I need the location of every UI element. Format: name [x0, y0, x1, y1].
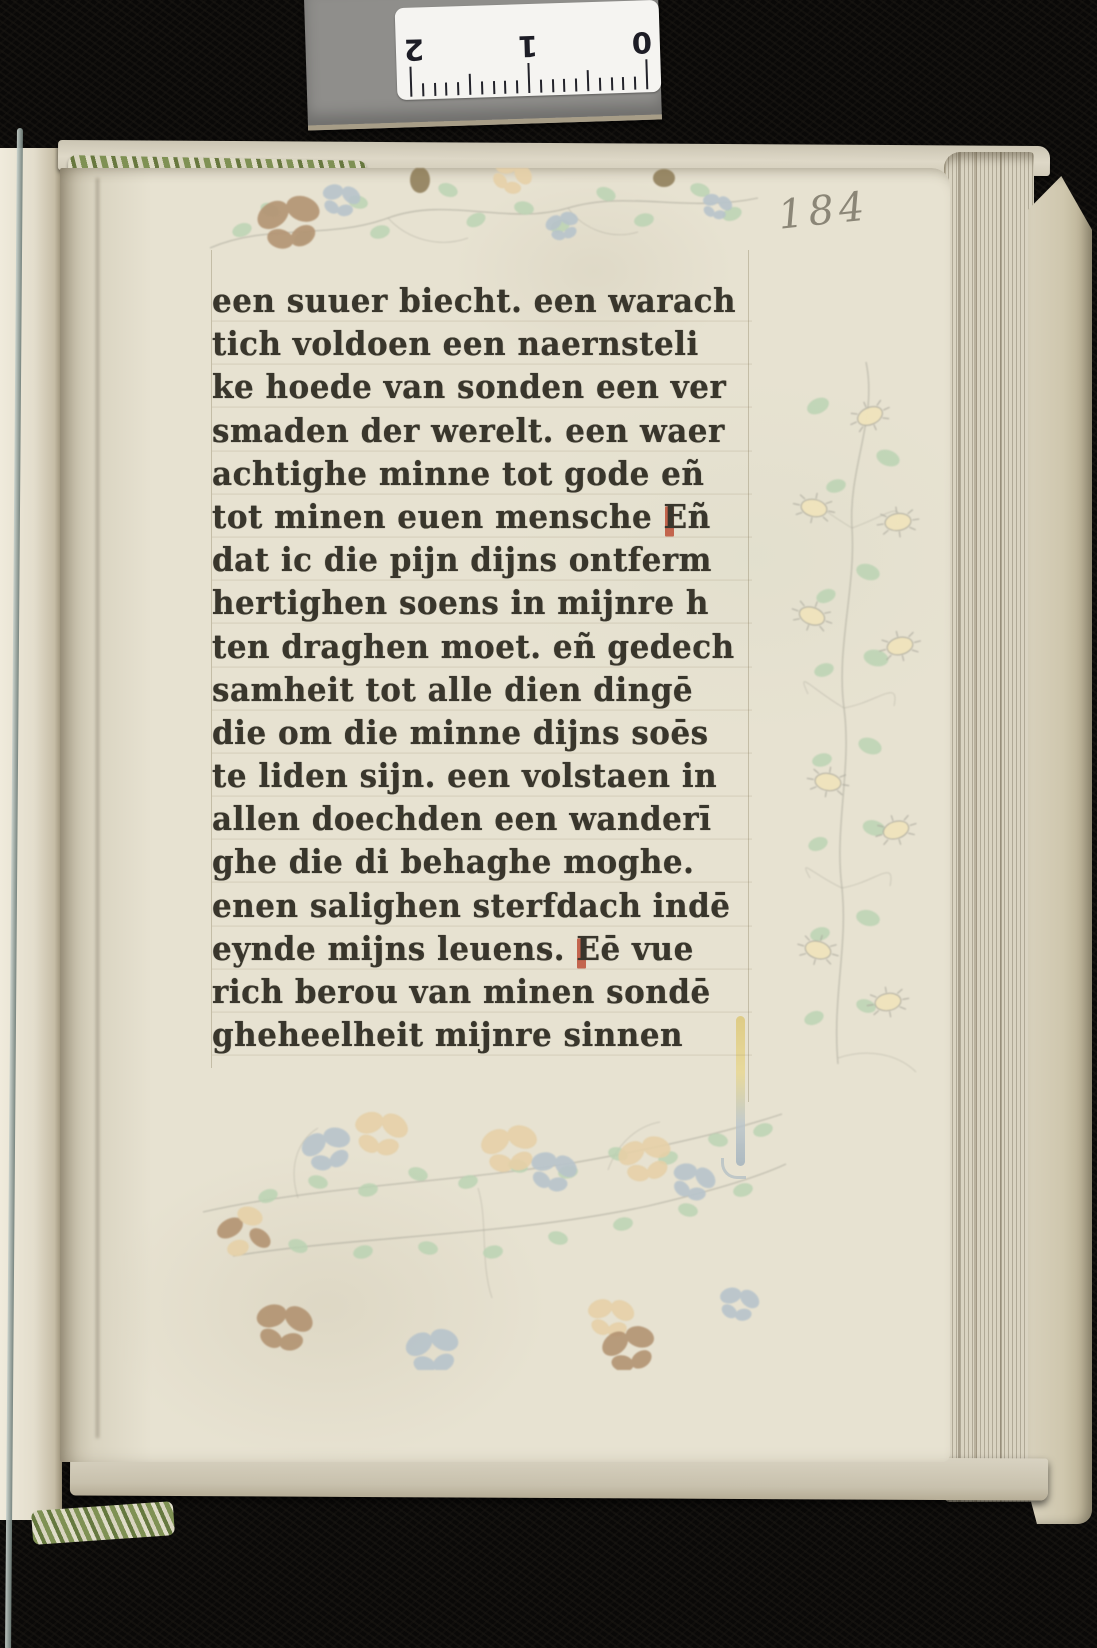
ruler-tick — [504, 81, 506, 94]
ruler-tick — [445, 83, 447, 96]
ruler-tick — [527, 63, 530, 93]
gutter-crease — [96, 178, 99, 1438]
manuscript-line: allen doechden een wanderī — [212, 798, 752, 843]
ruler-tick — [645, 59, 648, 89]
fore-edge-page-stack — [944, 152, 1034, 1502]
manuscript-photo: 0 1 2 — [0, 0, 1097, 1648]
ruler-tick — [563, 79, 565, 92]
ruler-tick — [481, 81, 483, 94]
manuscript-line: tich voldoen een naernsteli — [212, 323, 752, 368]
manuscript-line: samheit tot alle dien dingē — [212, 669, 752, 714]
ruler-tick — [469, 74, 472, 95]
text-block: een suuer biecht. een warachtich voldoen… — [212, 280, 752, 1057]
ruler-sticker: 0 1 2 — [395, 0, 662, 100]
manuscript-line: ghe die di behaghe moghe. — [212, 841, 752, 886]
ruler-tick — [422, 83, 424, 96]
manuscript-line: ke hoede van sonden een ver — [212, 366, 752, 411]
manuscript-line: ten draghen moet. eñ gedech — [212, 626, 752, 671]
manuscript-line: een suuer biecht. een warach — [212, 280, 752, 325]
manuscript-line: enen salighen sterfdach indē — [212, 885, 752, 930]
manuscript-page: 184 een suuer biecht. een warachtich vol… — [60, 168, 950, 1462]
brown-bud — [410, 168, 430, 193]
parchment-cover — [1028, 176, 1092, 1524]
manuscript-line: tot minen euen mensche Eñ — [212, 496, 752, 541]
manuscript-line: smaden der werelt. een waer — [212, 410, 752, 455]
ruler-tick — [410, 67, 413, 97]
ruler-face: 0 1 2 — [395, 0, 662, 100]
butterfly-icon — [247, 1102, 765, 1370]
manuscript-line: achtighe minne tot gode eñ — [212, 453, 752, 498]
ruler-tick — [599, 78, 601, 91]
ruler-tick — [552, 79, 554, 92]
ruler-tick — [575, 78, 577, 91]
thistle-flower-icon — [787, 394, 924, 1021]
ruler-tick — [611, 77, 613, 90]
rubricated-initial: E — [664, 499, 688, 536]
manuscript-line: dat ic die pijn dijns ontferm — [212, 539, 752, 584]
ruler-tick — [493, 81, 495, 94]
rubricated-initial: E — [576, 931, 600, 968]
bottom-floral-border — [178, 1070, 796, 1370]
manuscript-line: te liden sijn. een volstaen in — [212, 755, 752, 800]
ruler-tick — [587, 70, 590, 91]
manuscript-line: gheheelheit mijnre sinnen — [212, 1014, 752, 1059]
top-floral-border — [208, 168, 760, 280]
ruler-label-0: 0 — [628, 25, 655, 58]
manuscript-line: die om die minne dijns soēs — [212, 712, 752, 757]
manuscript-line: eynde mijns leuens. Eē vue — [212, 928, 752, 973]
ruler-tick — [622, 77, 624, 90]
right-floral-border — [748, 358, 948, 1088]
folio-number: 184 — [776, 183, 872, 238]
ruler-label-2: 2 — [400, 32, 427, 65]
ruler-label-1: 1 — [514, 29, 541, 62]
ruler-tick — [457, 82, 459, 95]
manuscript-line: rich berou van minen sondē — [212, 971, 752, 1016]
ruler-tick — [540, 80, 542, 93]
ruler-tick — [516, 80, 518, 93]
ruler-tick — [634, 77, 636, 90]
ruler-tick — [434, 83, 436, 96]
manuscript-line: hertighen soens in mijnre h — [212, 582, 752, 627]
brown-flower-icon — [213, 1203, 274, 1258]
